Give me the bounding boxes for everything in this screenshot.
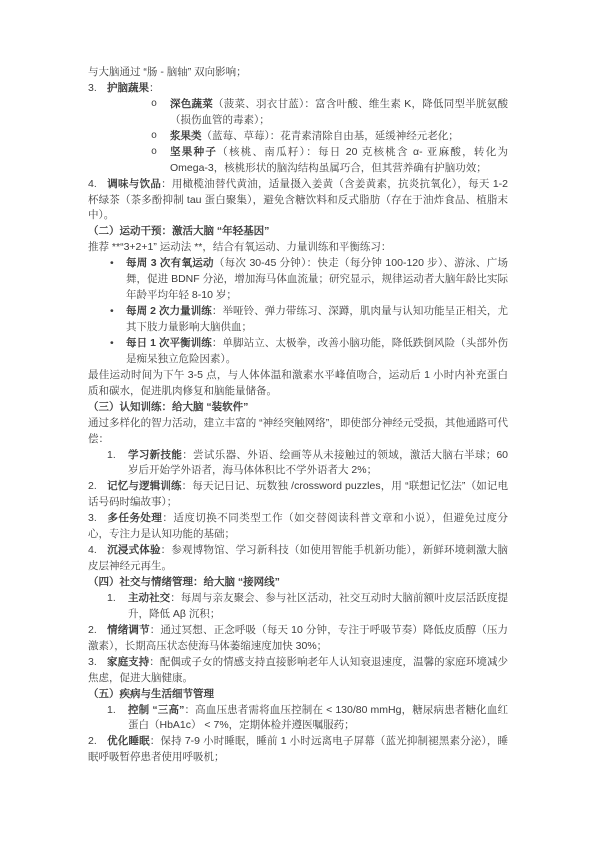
item-text: 最佳运动时间为下午 3-5 点，与人体体温和激素水平峰值吻合，运动后 1 小时内… [88,369,508,397]
item-label: 多任务处理 [107,512,162,524]
item-label: 控制 “三高” [128,704,184,716]
item-text: ：配偶或子女的情感支持直接影响老年人认知衰退速度，温馨的家庭环境减少焦虑，促进大… [88,656,508,684]
item-label: 学习新技能 [128,449,182,461]
sub-bullet-nuts-seeds: o坚果种子（核桃、南瓜籽）：每日 20 克核桃含 α- 亚麻酸，转化为 Omeg… [88,145,508,177]
item-number: 3. [88,511,107,527]
item-text: ：保持 7-9 小时睡眠，睡前 1 小时远离电子屏幕（蓝光抑制褪黑素分泌），睡眠… [88,735,508,763]
document-page: 与大脑通过 “肠 - 脑轴” 双向影响； 3.护脑蔬果： o深色蔬菜（菠菜、羽衣… [88,65,508,766]
list-item-family-support: 3.家庭支持：配偶或子女的情感支持直接影响老年人认知衰退速度，温馨的家庭环境减少… [88,655,508,687]
sub-bullet-dark-vegetables: o深色蔬菜（菠菜、羽衣甘蓝）：富含叶酸、维生素 K，降低同型半胱氨酸（损伤血管的… [88,97,508,129]
item-text: （蓝莓、草莓）：花青素清除自由基，延缓神经元老化； [202,130,459,142]
item-number: 1. [107,591,116,607]
item-text: 推荐 **“3+2+1” 运动法 **，结合有氧运动、力量训练和平衡练习： [88,241,391,253]
item-label: 每周 2 次力量训练 [126,305,212,317]
item-text: （菠菜、羽衣甘蓝）：富含叶酸、维生素 K，降低同型半胱氨酸（损伤血管的毒素）； [170,98,508,126]
sub-bullet-berries: o浆果类（蓝莓、草莓）：花青素清除自由基，延缓神经元老化； [88,129,508,145]
heading-text: （四）社交与情绪管理：给大脑 “接网线” [88,576,280,588]
item-number: 2. [88,479,107,495]
item-text: ：每周与亲友聚会、参与社区活动，社交互动时大脑前额叶皮层活跃度提升，降低 Aβ … [128,592,508,620]
list-item-seasoning-drinks: 4.调味与饮品：用橄榄油替代黄油，适量摄入姜黄（含姜黄素，抗炎抗氧化），每天 1… [88,177,508,225]
item-number: 2. [88,734,107,750]
bullet-strength-training: •每周 2 次力量训练：举哑铃、弹力带练习、深蹲，肌肉量与认知功能呈正相关，尤其… [88,304,508,336]
disc-bullet-icon: • [110,256,114,272]
list-item-learn-new-skills: 1.学习新技能：尝试乐器、外语、绘画等从未接触过的领域，激活大脑右半球；60 岁… [88,448,508,480]
disc-bullet-icon: • [110,304,114,320]
item-label: 情绪调节 [107,624,150,636]
item-label: 每周 3 次有氧运动 [126,257,214,269]
list-item-active-social: 1.主动社交：每周与亲友聚会、参与社区活动，社交互动时大脑前额叶皮层活跃度提升，… [88,591,508,623]
item-label: 沉浸式体验 [107,544,161,556]
disc-bullet-icon: • [110,336,114,352]
list-item-multitasking: 3.多任务处理：适度切换不同类型工作（如交替阅读科普文章和小说），但避免过度分心… [88,511,508,543]
paragraph-best-exercise-time: 最佳运动时间为下午 3-5 点，与人体体温和激素水平峰值吻合，运动后 1 小时内… [88,368,508,400]
circle-bullet-icon: o [151,97,157,113]
bullet-balance-training: •每日 1 次平衡训练：单脚站立、太极拳，改善小脑功能，降低跌倒风险（头部外伤是… [88,336,508,368]
bullet-aerobic-exercise: •每周 3 次有氧运动（每次 30-45 分钟）：快走（每分钟 100-120 … [88,256,508,304]
heading-text: （五）疾病与生活细节管理 [88,688,214,700]
item-number: 4. [88,177,107,193]
item-text: ：通过冥想、正念呼吸（每天 10 分钟，专注于呼吸节奏）降低皮质醇（压力激素），… [88,624,508,652]
item-label: 坚果种子 [170,146,217,158]
item-text: ： [149,82,160,94]
section-heading-social-emotion: （四）社交与情绪管理：给大脑 “接网线” [88,575,508,591]
circle-bullet-icon: o [151,129,157,145]
heading-text: （三）认知训练：给大脑 “装软件” [88,401,248,413]
heading-text: （二）运动干预：激活大脑 “年轻基因” [88,225,269,237]
item-text: 通过多样化的智力活动，建立丰富的 “神经突触网络”，即使部分神经元受损，其他通路… [88,417,508,445]
item-number: 1. [107,448,116,464]
item-number: 3. [88,655,107,671]
item-text: ：尝试乐器、外语、绘画等从未接触过的领域，激活大脑右半球；60 岁后开始学外语者… [128,449,508,477]
circle-bullet-icon: o [151,145,157,161]
item-label: 优化睡眠 [107,735,150,747]
item-text: ：高血压患者需将血压控制在 < 130/80 mmHg，糖尿病患者糖化血红蛋白（… [128,704,508,732]
paragraph-321-method: 推荐 **“3+2+1” 运动法 **，结合有氧运动、力量训练和平衡练习： [88,240,508,256]
item-label: 记忆与逻辑训练 [107,480,182,492]
section-heading-disease-management: （五）疾病与生活细节管理 [88,687,508,703]
item-label: 每日 1 次平衡训练 [126,337,212,349]
list-item-brain-protect-produce: 3.护脑蔬果： [88,81,508,97]
item-label: 护脑蔬果 [107,82,149,94]
item-label: 调味与饮品 [107,178,161,190]
list-item-optimize-sleep: 2.优化睡眠：保持 7-9 小时睡眠，睡前 1 小时远离电子屏幕（蓝光抑制褪黑素… [88,734,508,766]
item-label: 深色蔬菜 [170,98,213,110]
section-heading-exercise: （二）运动干预：激活大脑 “年轻基因” [88,224,508,240]
section-heading-cognitive-training: （三）认知训练：给大脑 “装软件” [88,400,508,416]
item-number: 4. [88,543,107,559]
list-item-immersive-experience: 4.沉浸式体验：参观博物馆、学习新科技（如使用智能手机新功能），新鲜环境刺激大脑… [88,543,508,575]
item-number: 2. [88,623,107,639]
paragraph-gut-brain-axis: 与大脑通过 “肠 - 脑轴” 双向影响； [88,65,508,81]
item-text: 与大脑通过 “肠 - 脑轴” 双向影响； [88,66,247,78]
item-label: 主动社交 [128,592,170,604]
list-item-memory-logic-training: 2.记忆与逻辑训练：每天记日记、玩数独 /crossword puzzles，用… [88,479,508,511]
item-number: 3. [88,81,107,97]
item-label: 家庭支持 [107,656,149,668]
list-item-control-three-highs: 1.控制 “三高”：高血压患者需将血压控制在 < 130/80 mmHg，糖尿病… [88,703,508,735]
paragraph-synapse-network: 通过多样化的智力活动，建立丰富的 “神经突触网络”，即使部分神经元受损，其他通路… [88,416,508,448]
item-number: 1. [107,703,116,719]
list-item-emotion-regulation: 2.情绪调节：通过冥想、正念呼吸（每天 10 分钟，专注于呼吸节奏）降低皮质醇（… [88,623,508,655]
item-label: 浆果类 [170,130,202,142]
item-text: （核桃、南瓜籽）：每日 20 克核桃含 α- 亚麻酸，转化为 Omega-3，核… [170,146,508,174]
